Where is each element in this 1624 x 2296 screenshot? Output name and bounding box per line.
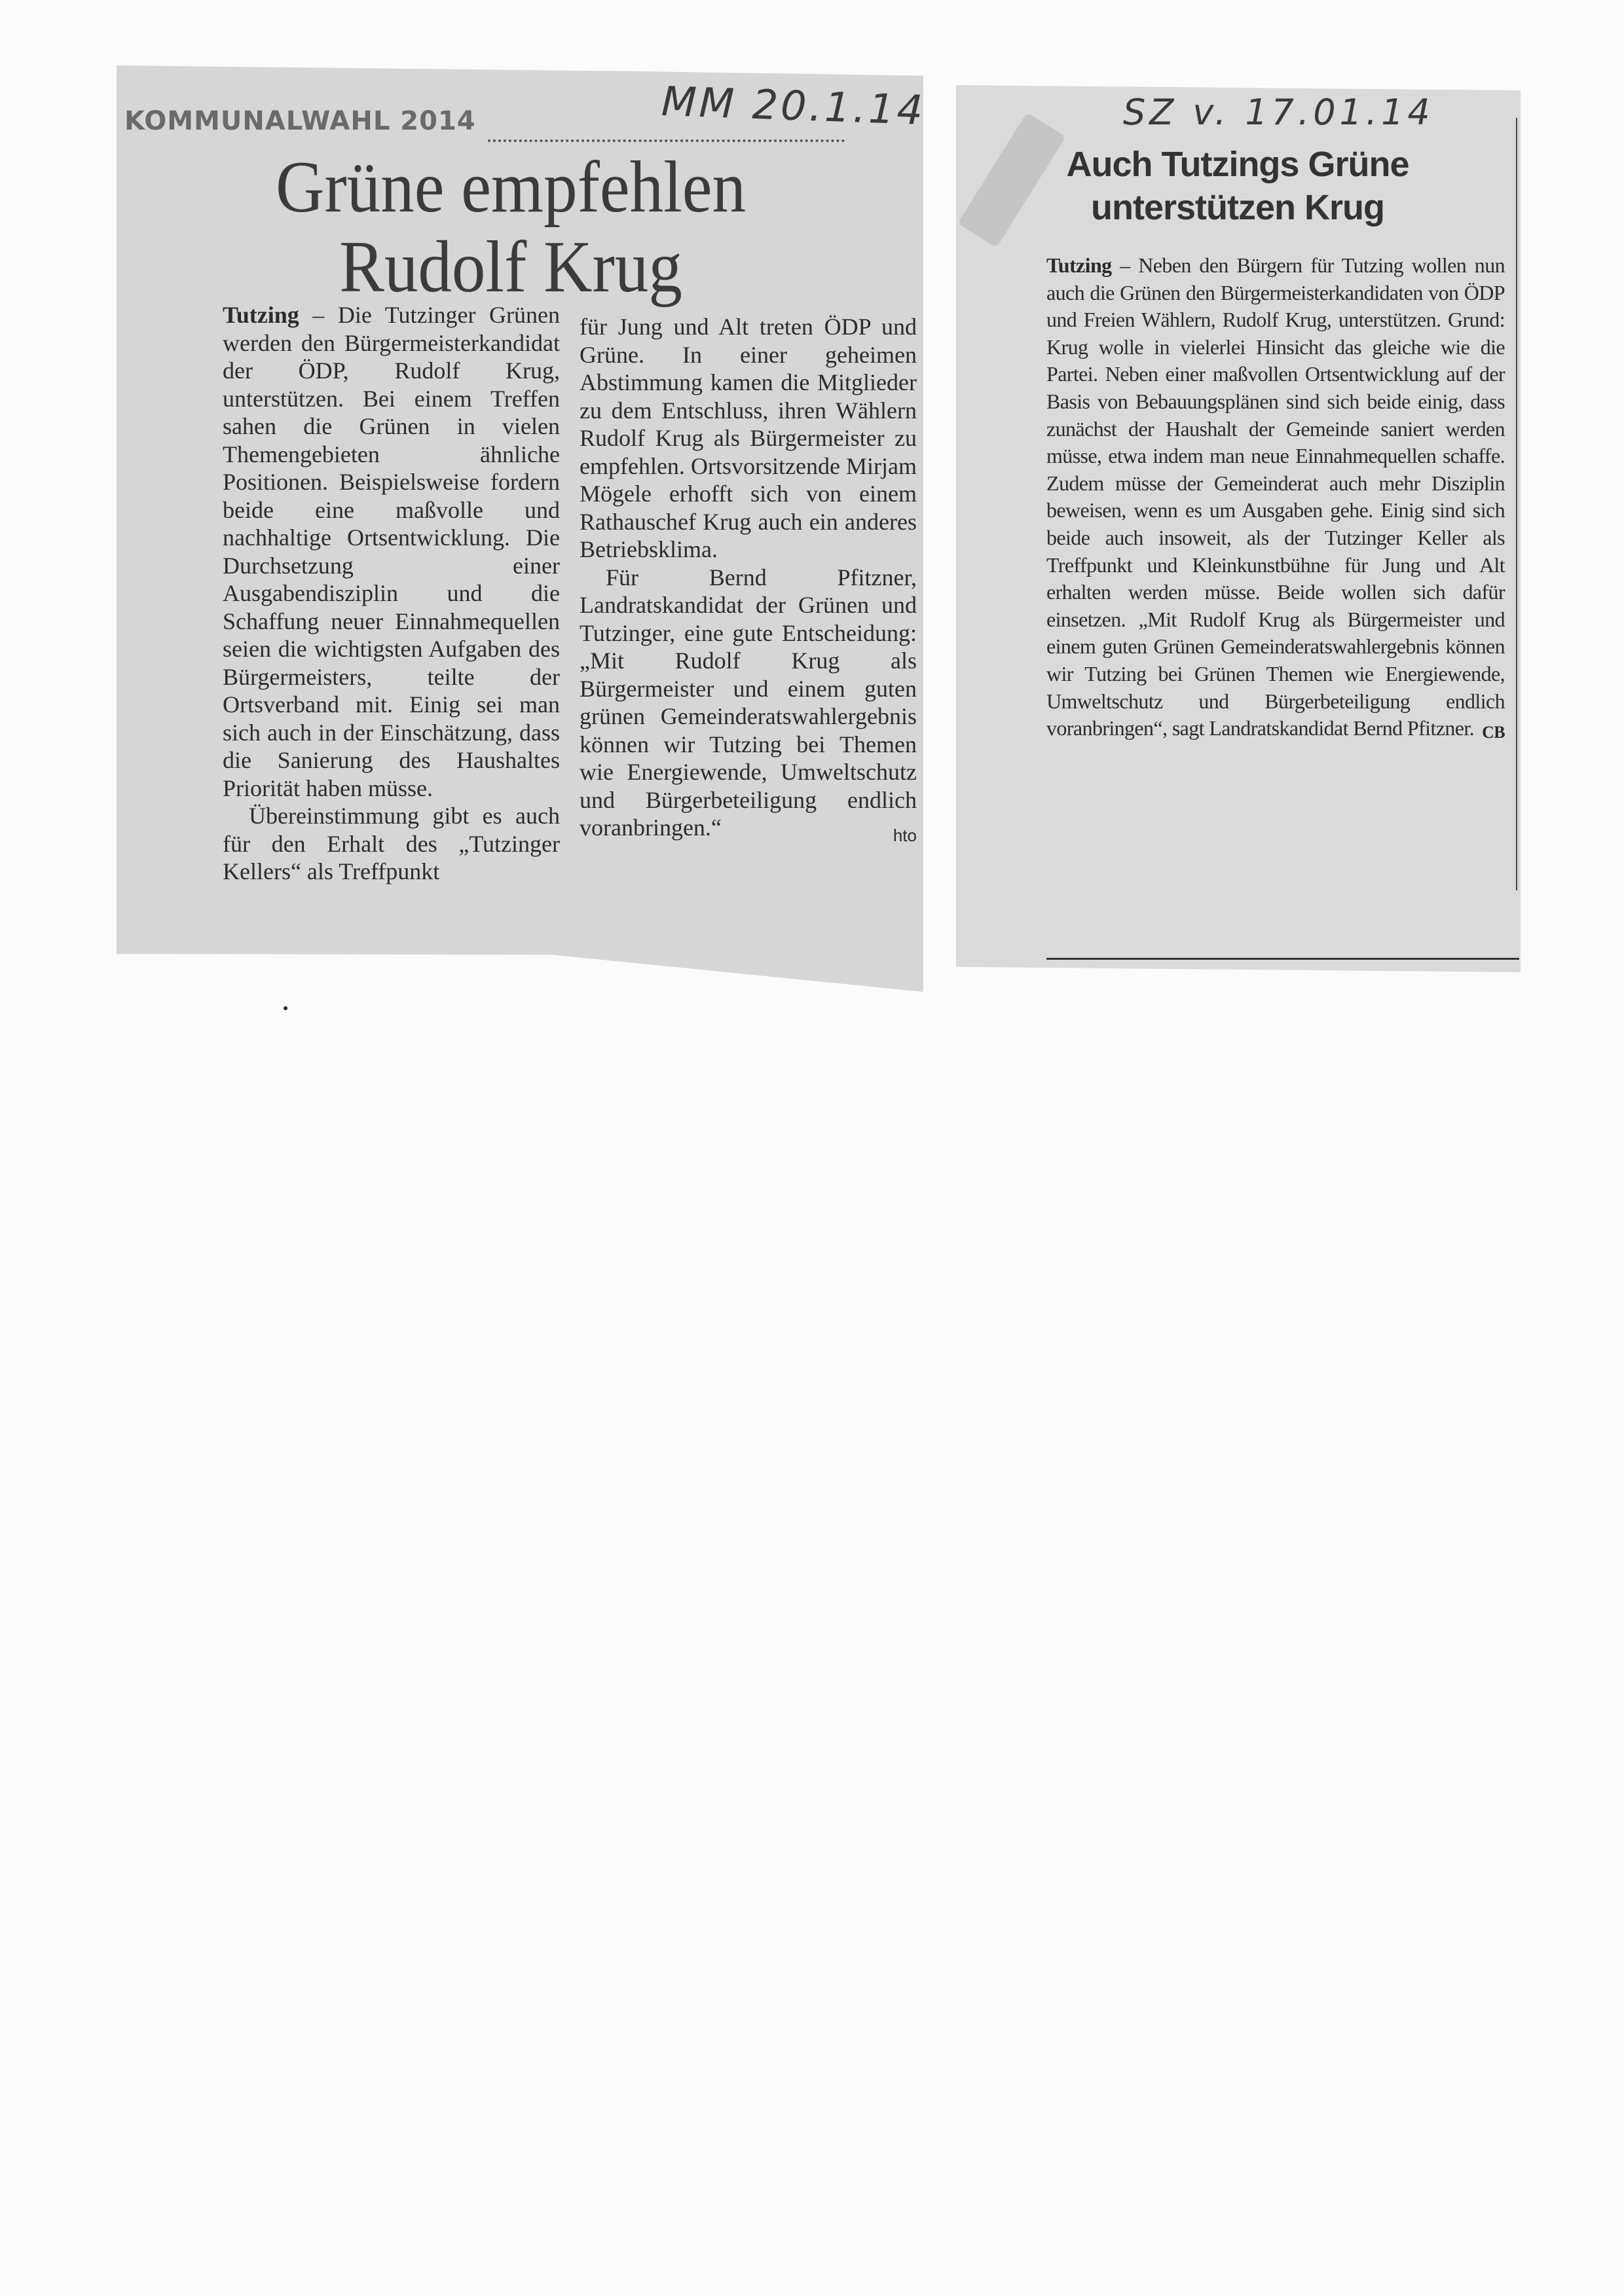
article-headline: Grüne empfehlen Rudolf Krug bbox=[179, 147, 842, 307]
paragraph: Tutzing – Neben den Bürgern für Tutzing … bbox=[1046, 252, 1505, 742]
dateline: Tutzing bbox=[1046, 253, 1112, 277]
scan-speck bbox=[284, 1006, 287, 1010]
bottom-rule bbox=[1046, 958, 1519, 960]
paragraph: Für Bernd Pfitzner, Landratskandidat der… bbox=[580, 564, 917, 842]
paragraph-text: Für Bernd Pfitzner, Landratskandidat der… bbox=[580, 564, 917, 841]
section-kicker: KOMMUNALWAHL 2014 bbox=[124, 106, 476, 136]
article-headline: Auch Tutzings Grüne unterstützen Krug bbox=[1022, 143, 1454, 229]
paragraph: Übereinstimmung gibt es auch für den Erh… bbox=[223, 802, 560, 886]
paragraph-text: – Die Tutzinger Grünen werden den Bürger… bbox=[223, 302, 560, 801]
article-body: Tutzing – Neben den Bürgern für Tutzing … bbox=[1046, 252, 1505, 746]
paragraph: Tutzing – Die Tutzinger Grünen werden de… bbox=[223, 301, 560, 802]
paragraph: für Jung und Alt treten ÖDP und Grüne. I… bbox=[580, 313, 917, 564]
dotted-rule bbox=[488, 139, 845, 142]
author-initials: hto bbox=[867, 822, 917, 850]
paragraph-text: – Neben den Bürgern für Tutzing wollen n… bbox=[1046, 253, 1505, 740]
dateline: Tutzing bbox=[223, 302, 299, 328]
author-initials: CB bbox=[1482, 719, 1505, 746]
handwritten-source-note: SZ v. 17.01.14 bbox=[1123, 92, 1434, 133]
column-rule bbox=[1516, 118, 1517, 890]
handwritten-source-note: MM 20.1.14 bbox=[661, 77, 927, 134]
article-column-1: Tutzing – Die Tutzinger Grünen werden de… bbox=[223, 301, 560, 886]
article-column-2: für Jung und Alt treten ÖDP und Grüne. I… bbox=[580, 313, 917, 850]
